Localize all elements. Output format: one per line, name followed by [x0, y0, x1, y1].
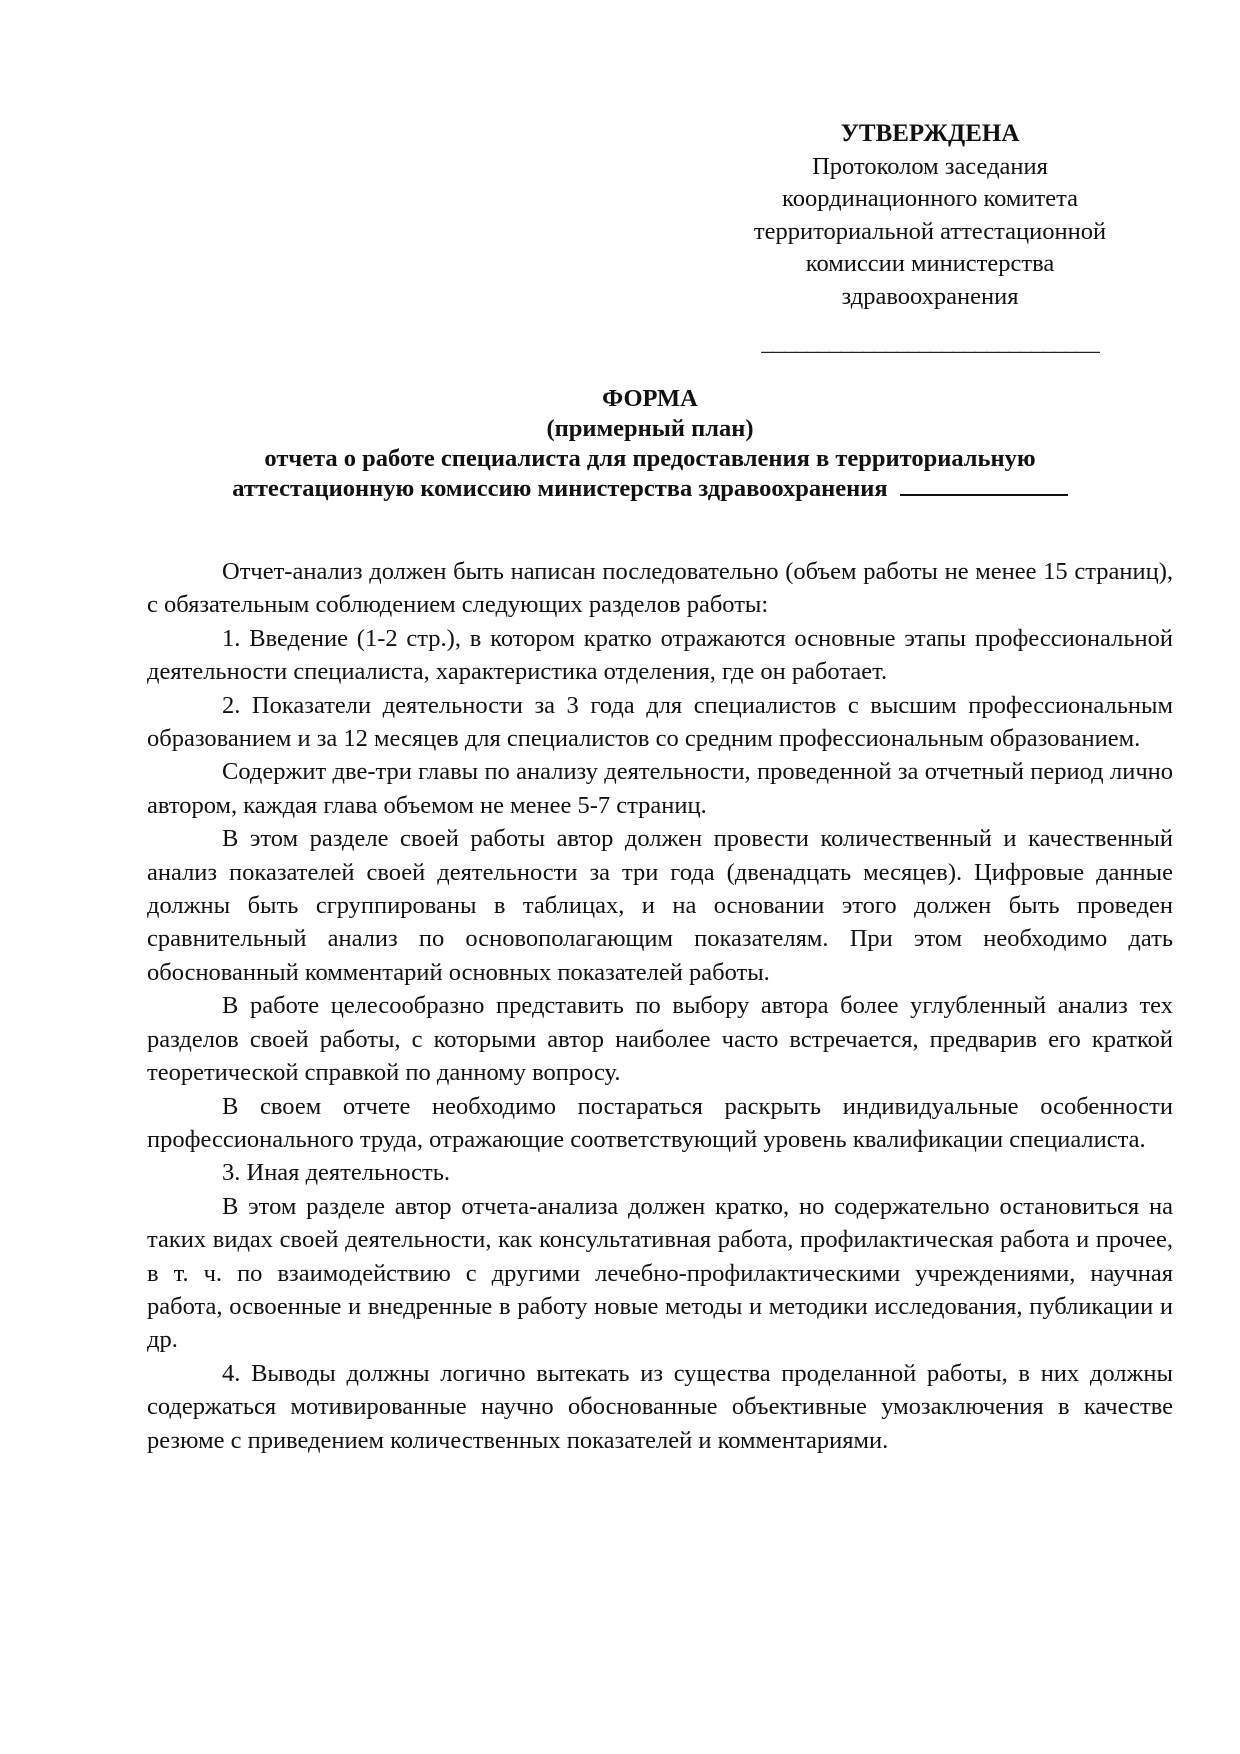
paragraph: Содержит две-три главы по анализу деятел… — [147, 755, 1173, 822]
approval-line: координационного комитета — [700, 183, 1160, 216]
approval-block: УТВЕРЖДЕНА Протоколом заседания координа… — [700, 118, 1160, 360]
paragraph-section-4: 4. Выводы должны логично вытекать из сущ… — [147, 1357, 1173, 1457]
form-subtitle: (примерный план) — [150, 414, 1150, 444]
form-heading-line-2-text: аттестационную комиссию министерства здр… — [232, 475, 887, 502]
paragraph-section-3: 3. Иная деятельность. — [147, 1156, 1173, 1189]
approval-line: Протоколом заседания — [700, 151, 1160, 184]
approval-line: здравоохранения — [700, 281, 1160, 314]
form-heading-line-1: отчета о работе специалиста для предоста… — [150, 444, 1150, 474]
paragraph: В этом разделе автор отчета-анализа долж… — [147, 1190, 1173, 1357]
form-heading-line-2: аттестационную комиссию министерства здр… — [150, 474, 1150, 504]
paragraph-intro: Отчет-анализ должен быть написан последо… — [147, 555, 1173, 622]
approval-title: УТВЕРЖДЕНА — [700, 118, 1160, 151]
region-blank-line — [900, 474, 1068, 496]
paragraph: В своем отчете необходимо постараться ра… — [147, 1090, 1173, 1157]
approval-line: комиссии министерства — [700, 248, 1160, 281]
signature-line: ______________________________ — [700, 327, 1160, 360]
paragraph-section-2: 2. Показатели деятельности за 3 года для… — [147, 689, 1173, 756]
paragraph-section-1: 1. Введение (1-2 стр.), в котором кратко… — [147, 622, 1173, 689]
form-title: ФОРМА — [150, 384, 1150, 414]
form-header: ФОРМА (примерный план) отчета о работе с… — [150, 384, 1150, 504]
paragraph: В работе целесообразно представить по вы… — [147, 989, 1173, 1089]
document-body: Отчет-анализ должен быть написан последо… — [147, 555, 1173, 1457]
approval-line: территориальной аттестационной — [700, 216, 1160, 249]
paragraph: В этом разделе своей работы автор должен… — [147, 822, 1173, 989]
